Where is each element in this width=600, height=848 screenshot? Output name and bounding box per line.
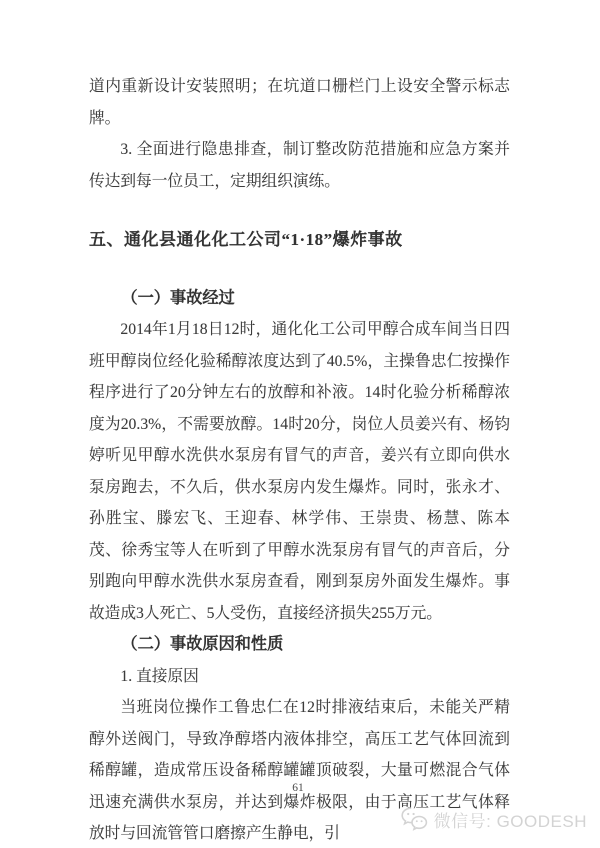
- subsection-heading-cause-nature: （二）事故原因和性质: [89, 629, 510, 661]
- paragraph-continuation: 道内重新设计安装照明；在坑道口栅栏门上设安全警示标志牌。: [89, 71, 510, 134]
- wechat-watermark: 微信号: GOODESH: [400, 806, 587, 832]
- paragraph-accident-course: 2014年1月18日12时，通化化工公司甲醇合成车间当日四班甲醇岗位经化验稀醇浓…: [89, 314, 510, 629]
- document-page: 道内重新设计安装照明；在坑道口栅栏门上设安全警示标志牌。 3. 全面进行隐患排查…: [0, 0, 600, 848]
- wechat-icon: [400, 806, 429, 832]
- watermark-text: 微信号: GOODESH: [434, 807, 587, 832]
- page-content: 道内重新设计安装照明；在坑道口栅栏门上设安全警示标志牌。 3. 全面进行隐患排查…: [89, 71, 510, 848]
- subsection-heading-accident-course: （一）事故经过: [89, 283, 510, 315]
- page-number: 61: [0, 782, 596, 794]
- list-item-direct-cause: 1. 直接原因: [89, 661, 510, 693]
- paragraph-measure-3: 3. 全面进行隐患排查，制订整改防范措施和应急方案并传达到每一位员工，定期组织演…: [89, 134, 510, 197]
- section-heading-accident-title: 五、通化县通化化工公司“1·18”爆炸事故: [89, 224, 510, 256]
